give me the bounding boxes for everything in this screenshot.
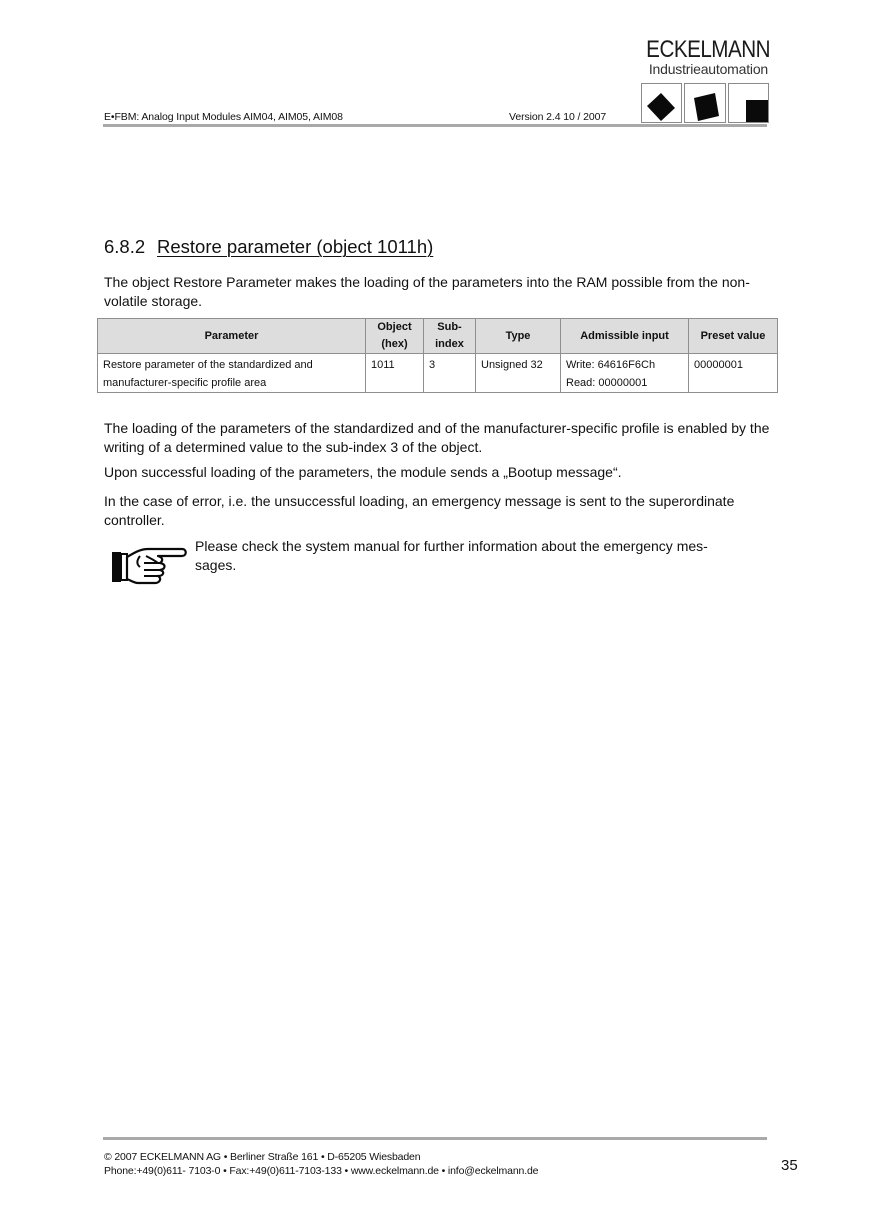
footer-contact: Phone:+49(0)611- 7103-0 • Fax:+49(0)611-… (104, 1165, 538, 1177)
section-heading: 6.8.2Restore parameter (object 1011h) (104, 236, 433, 258)
page-number: 35 (781, 1157, 798, 1174)
intro-paragraph: The object Restore Parameter makes the l… (104, 273, 774, 311)
parameter-table: Parameter Object(hex) Sub-index Type Adm… (97, 318, 778, 393)
section-number: 6.8.2 (104, 236, 157, 258)
company-logo-squares (641, 83, 769, 123)
cell-preset-value: 00000001 (689, 354, 778, 393)
col-header-admissible-input: Admissible input (561, 319, 689, 354)
cell-parameter: Restore parameter of the standardized an… (98, 354, 366, 393)
logo-square-upright-icon (728, 83, 769, 123)
pointing-hand-icon (110, 543, 190, 587)
logo-square-rotated-icon (641, 83, 682, 123)
col-header-subindex: Sub-index (424, 319, 476, 354)
paragraph-enable-loading: The loading of the parameters of the sta… (104, 419, 774, 457)
col-header-type: Type (476, 319, 561, 354)
header-rule (103, 124, 767, 127)
section-title: Restore parameter (object 1011h) (157, 236, 433, 257)
cell-subindex: 3 (424, 354, 476, 393)
paragraph-error: In the case of error, i.e. the unsuccess… (104, 492, 774, 530)
company-logo-division: Industrieautomation (614, 61, 768, 77)
paragraph-bootup: Upon successful loading of the parameter… (104, 463, 774, 482)
document-title: E•FBM: Analog Input Modules AIM04, AIM05… (104, 111, 343, 123)
footer-address: © 2007 ECKELMANN AG • Berliner Straße 16… (104, 1151, 420, 1163)
note-text: Please check the system manual for furth… (195, 537, 755, 575)
footer-rule (103, 1137, 767, 1140)
col-header-object: Object(hex) (366, 319, 424, 354)
company-logo-name: ECKELMANN (636, 36, 770, 64)
cell-type: Unsigned 32 (476, 354, 561, 393)
col-header-parameter: Parameter (98, 319, 366, 354)
document-version: Version 2.4 10 / 2007 (509, 111, 606, 123)
cell-admissible-input: Write: 64616F6ChRead: 00000001 (561, 354, 689, 393)
logo-square-tilted-icon (684, 83, 725, 123)
table-header-row: Parameter Object(hex) Sub-index Type Adm… (98, 319, 778, 354)
col-header-preset-value: Preset value (689, 319, 778, 354)
cell-object: 1011 (366, 354, 424, 393)
table-row: Restore parameter of the standardized an… (98, 354, 778, 393)
